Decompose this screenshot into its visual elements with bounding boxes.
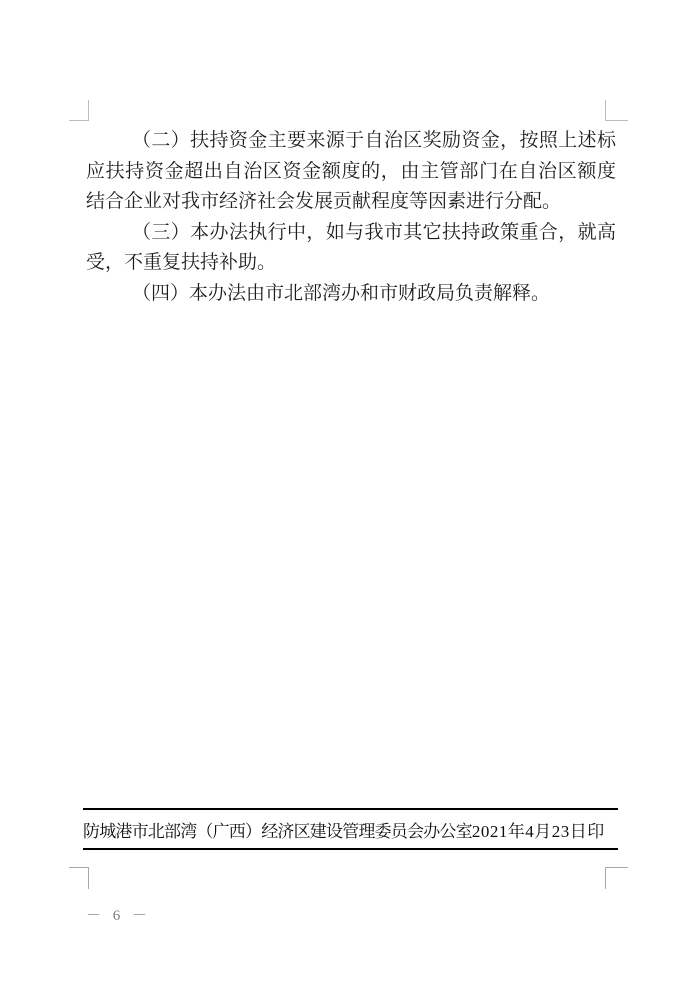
paragraph-line: 结合企业对我市经济社会发展贡献程度等因素进行分配。 [86, 187, 616, 218]
paragraph-line: （四）本办法由市北部湾办和市财政局负责解释。 [86, 279, 616, 310]
crop-mark-bottom-left-icon [69, 867, 89, 889]
crop-mark-top-left-icon [69, 100, 89, 121]
crop-mark-top-right-icon [605, 100, 628, 121]
body-text: （二）扶持资金主要来源于自治区奖励资金，按照上述标准 应扶持资金超出自治区资金额… [86, 126, 616, 309]
document-page: （二）扶持资金主要来源于自治区奖励资金，按照上述标准 应扶持资金超出自治区资金额… [0, 0, 696, 981]
paragraph-line: （二）扶持资金主要来源于自治区奖励资金，按照上述标准 [86, 126, 616, 157]
page-number: － 6 － [86, 904, 151, 925]
paragraph-line: （三）本办法执行中，如与我市其它扶持政策重合，就高享 [86, 218, 616, 249]
colophon-issuer: 防城港市北部湾（广西）经济区建设管理委员会办公室 [83, 817, 472, 842]
paragraph-line: 受，不重复扶持补助。 [86, 248, 616, 279]
crop-mark-bottom-right-icon [605, 867, 628, 889]
colophon: 防城港市北部湾（广西）经济区建设管理委员会办公室 2021年4月23日印 [83, 808, 618, 850]
colophon-print-date: 2021年4月23日印 [472, 817, 631, 842]
paragraph-line: 应扶持资金超出自治区资金额度的，由主管部门在自治区额度内 [86, 157, 616, 188]
